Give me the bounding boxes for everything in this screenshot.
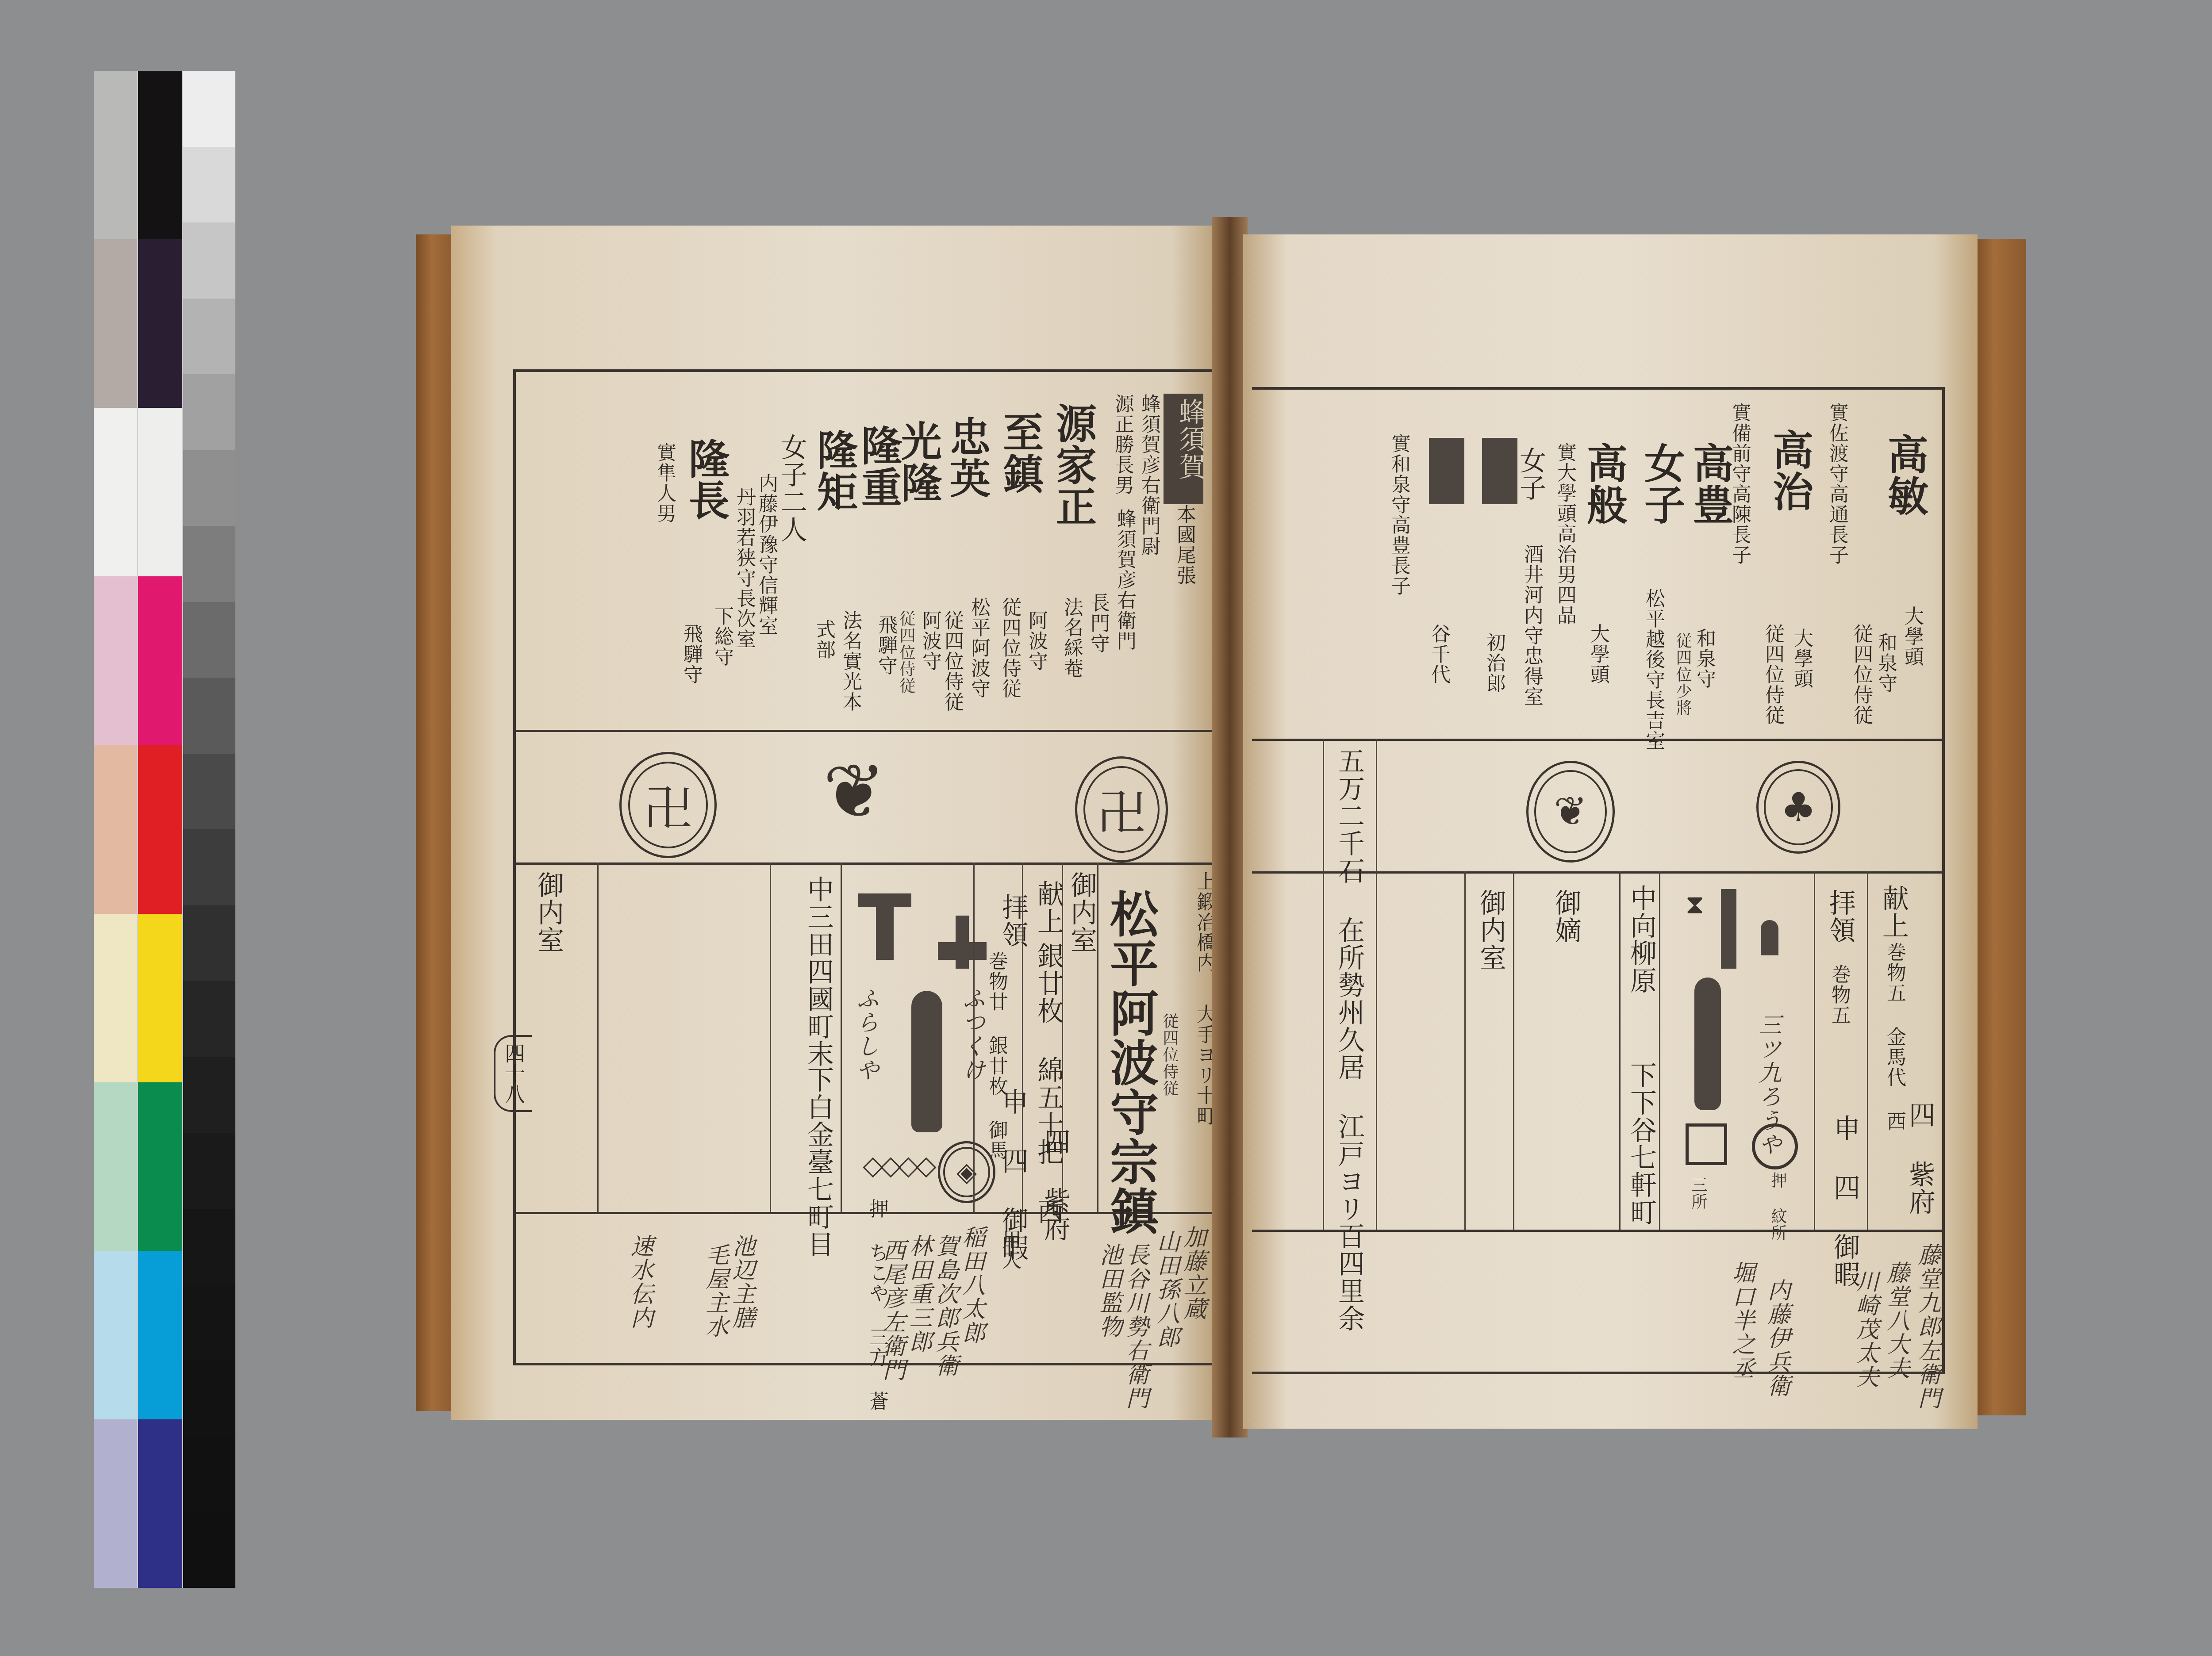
genealogy-sub: 大學頭 (1902, 606, 1922, 667)
genealogy-name: 高豊 (1690, 442, 1731, 525)
tribute-items: 巻物五 金馬代 西 (1885, 942, 1904, 1131)
lattice-icon: ◇◇◇◇ (863, 1150, 934, 1181)
erased-block (1429, 438, 1464, 504)
retainer: 速水伝内 (628, 1234, 651, 1330)
procession-label: ふらしや (854, 986, 877, 1082)
retainer: 長谷川勢右衛門 (1124, 1243, 1147, 1410)
rule (1323, 739, 1324, 1230)
clan-title-box: 蜂須賀 (1164, 394, 1203, 504)
color-swatch (183, 981, 235, 1057)
tribute-label: 献上 (1035, 880, 1062, 935)
retainer: 賀島次郎兵衛 (933, 1234, 956, 1377)
genealogy-name: 隆重 (858, 425, 899, 508)
rule (841, 862, 842, 1212)
color-swatch (138, 914, 182, 1082)
genealogy-title: 和泉守 (1876, 632, 1895, 694)
genealogy-name: 女子 (1517, 447, 1544, 502)
retainer: 西尾彦左衛門 (880, 1238, 903, 1382)
color-swatch (183, 1512, 235, 1588)
genealogy-note: 松平越後守長吉室 (1644, 588, 1663, 751)
color-swatch (183, 450, 235, 526)
genealogy-title: 松平阿波守 (969, 597, 988, 699)
color-swatch (138, 408, 182, 576)
square-seal-icon (1686, 1123, 1727, 1165)
chart-tint-column (94, 71, 137, 1588)
color-swatch (138, 1082, 182, 1251)
color-swatch (94, 71, 137, 239)
retainer: 藤堂八大夫 (1885, 1261, 1908, 1380)
genealogy-rank: 従四位侍従 (1851, 624, 1871, 725)
genealogy-note: 源正勝長男 (1113, 394, 1132, 495)
color-swatch (183, 1133, 235, 1209)
color-swatch (138, 1251, 182, 1419)
color-swatch (94, 914, 137, 1082)
genealogy-title: 下総守 (712, 606, 732, 667)
genealogy-name: 女子二人 (779, 433, 805, 543)
tassel-icon (911, 991, 942, 1132)
right-page-edges (1973, 239, 2026, 1415)
retainer: 藤堂九郎左衛門 (1916, 1243, 1939, 1410)
genealogy-name: 隆矩 (814, 429, 855, 512)
color-swatch (138, 745, 182, 913)
genealogy-title: 阿波守 (920, 610, 940, 671)
color-swatch (94, 408, 137, 576)
rule (1464, 871, 1466, 1230)
right-page: 高敏 大學頭 和泉守 従四位侍従 實佐渡守高通長子 高治 大學頭 従四位侍従 實… (1243, 234, 1978, 1429)
genealogy-name: 實隼人男 (655, 442, 674, 524)
left-page: 四十八 蜂須賀 本國尾張 蜂須賀彦右衛門尉 源正勝長男 蜂須賀彦右衛門 源家正 … (451, 226, 1217, 1420)
lower-mansion: 下白金臺七町目 (805, 1066, 832, 1258)
retainers-header: 用人 (1000, 1230, 1019, 1270)
divider (513, 862, 1217, 865)
color-swatch (183, 299, 235, 375)
genealogy-sub: 式部 (814, 619, 833, 660)
wife-label: 御内室 (535, 871, 562, 954)
genealogy-name: 光隆 (898, 420, 939, 503)
hourglass-icon: ⧗ (1686, 889, 1704, 920)
middle-mansion: 中三田四國町末 (805, 876, 832, 1068)
divider (1252, 739, 1942, 741)
genealogy-name: 谷千代 (1429, 624, 1448, 685)
diamond-crest-icon: ◈ (938, 1141, 995, 1203)
retainer: 池田監物 (1097, 1243, 1120, 1338)
color-swatch (183, 1284, 235, 1361)
left-page-edges (416, 234, 456, 1411)
manji-crest-icon: 卍 (619, 752, 717, 858)
rule (1022, 862, 1023, 1212)
genealogy-sub: 飛騨守 (681, 624, 701, 685)
rule (1659, 871, 1660, 1230)
open-book: 四十八 蜂須賀 本國尾張 蜂須賀彦右衛門尉 源正勝長男 蜂須賀彦右衛門 源家正 … (416, 208, 2115, 1464)
genealogy-hougou: 法名實光本 (841, 610, 860, 712)
paulownia-crest-icon: ❦ (823, 754, 886, 829)
rule (770, 862, 771, 1212)
color-swatch (94, 745, 137, 913)
genealogy-name: 初治郎 (1484, 632, 1504, 694)
genealogy-title: 飛騨守 (876, 615, 895, 676)
genealogy-note: 内藤伊豫守信輝室 (757, 473, 776, 636)
bestowed-label: 拝領 (1827, 889, 1854, 944)
divider (513, 730, 1217, 732)
spear-icon (858, 893, 911, 907)
genealogy-sub: 大學頭 (1792, 628, 1811, 689)
rule (597, 862, 599, 1212)
tribute-extra: 四 紫府 (1907, 1101, 1933, 1215)
genealogy-name: 源家正 (1053, 402, 1094, 527)
genealogy-name: 至鎮 (1000, 411, 1041, 494)
color-swatch (138, 239, 182, 408)
genealogy-note: 酒井河内守忠得室 (1522, 544, 1541, 707)
paulownia-crest-icon: ❦ (1526, 761, 1615, 862)
genealogy-hougou: 法名綵菴 (1062, 597, 1081, 678)
genealogy-name: 高治 (1770, 429, 1810, 512)
genealogy-name: 高般 (1584, 442, 1624, 525)
genealogy-title: 阿波守 (1026, 610, 1046, 671)
genealogy-name: 女子 (1641, 442, 1682, 525)
rule (1097, 862, 1098, 1212)
lord-residence: 上鍛冶橋内 (1194, 871, 1214, 973)
rule (1867, 871, 1868, 1230)
color-swatch (183, 1209, 235, 1285)
manji-crest-icon: 卍 (1075, 756, 1168, 862)
circle-seal-icon (1752, 1123, 1798, 1169)
color-swatch (94, 1419, 137, 1588)
erased-block (1482, 438, 1517, 504)
bestowed-items: 巻物五 (1829, 964, 1849, 1025)
genealogy-rank: 従四位侍従 (898, 610, 914, 694)
retainer: 山田孫八郎 (1155, 1230, 1178, 1349)
genealogy-rank: 従四位少將 (1674, 632, 1690, 717)
color-swatch (183, 222, 235, 299)
middle-mansion: 中向柳原 (1628, 885, 1655, 994)
rule (973, 862, 975, 1212)
retainer: 林田重三郎 (907, 1234, 930, 1353)
retainer: 稲田八太郎 (960, 1225, 983, 1345)
genealogy-name: 忠英 (947, 416, 987, 499)
genealogy-rank: 従四位侍従 (1000, 597, 1019, 699)
genealogy-title: 長門守 (1088, 593, 1108, 654)
tassel-icon (1694, 977, 1721, 1110)
color-swatch (183, 1361, 235, 1437)
color-swatch (183, 678, 235, 754)
color-swatch (183, 374, 235, 450)
genealogy-note: 蜂須賀彦右衛門 (1115, 509, 1134, 651)
genealogy-note: 實佐渡守高通長子 (1827, 402, 1847, 565)
fief-info: 五万二千石 在所勢州久居 江戸ヨリ百四里余 (1336, 747, 1363, 1332)
genealogy-note: 實和泉守高豊長子 (1389, 433, 1409, 596)
color-swatch (183, 602, 235, 678)
clan-home-province: 本國尾張 (1175, 504, 1194, 586)
rule (1062, 862, 1063, 1212)
retainer: 加藤立蔵 (1181, 1225, 1204, 1321)
tribute-extra: 四 紫府 (1042, 1128, 1068, 1242)
bestowed-extra: 申 四 御暇 (1832, 1115, 1858, 1288)
genealogy-title: 和泉守 (1694, 628, 1714, 689)
genealogy-rank: 従四位侍従 (1763, 624, 1782, 725)
color-swatch (138, 71, 182, 239)
seal-text: 三所 (1690, 1177, 1706, 1210)
wife-label: 御内室 (1478, 889, 1504, 971)
genealogy-entry: 蜂須賀彦右衛門尉 (1139, 394, 1159, 556)
seal-text: 押 紋所 (1770, 1172, 1786, 1242)
genealogy-name: 高敏 (1885, 433, 1925, 517)
genealogy-note: 實大學頭高治男四品 (1555, 442, 1575, 625)
color-swatch (183, 754, 235, 830)
retainer: 毛屋主水 (703, 1243, 726, 1338)
rule (1376, 739, 1377, 1230)
lord-rank: 従四位侍従 (1161, 1013, 1177, 1097)
spear-icon (1761, 920, 1778, 955)
tribute-label: 献上 (1880, 885, 1907, 939)
rule (1619, 871, 1621, 1230)
color-swatch (183, 829, 235, 905)
spear-icon (1721, 889, 1736, 969)
page-number: 四十八 (494, 1035, 532, 1112)
color-swatch (183, 526, 235, 602)
color-swatch (183, 905, 235, 981)
rule (1513, 871, 1514, 1230)
genealogy-note: 丹羽若狭守長次室 (734, 487, 754, 649)
color-swatch (183, 1057, 235, 1133)
color-calibration-chart (94, 71, 235, 1588)
color-swatch (138, 1419, 182, 1588)
color-swatch (183, 1436, 235, 1512)
color-swatch (94, 239, 137, 408)
lower-mansion: 下下谷七軒町 (1628, 1062, 1655, 1226)
heir-label: 御嫡 (1553, 889, 1579, 944)
color-swatch (94, 1251, 137, 1419)
wife-label: 御内室 (1068, 871, 1095, 954)
chart-saturated-column (138, 71, 182, 1588)
spear-icon (938, 942, 987, 960)
retainer: 川崎茂太夫 (1854, 1269, 1877, 1389)
procession-label: ふつくけ (960, 986, 983, 1082)
chart-grey-scale (183, 71, 235, 1588)
rule (1814, 871, 1815, 1230)
book-gutter (1212, 217, 1248, 1437)
retainer: 内藤伊兵衛 (1765, 1278, 1788, 1398)
lord-name: 松平阿波守宗鎮 (1106, 889, 1155, 1236)
genealogy-name: 隆長 (686, 438, 726, 521)
genealogy-sub: 大學頭 (1588, 624, 1608, 685)
color-swatch (183, 147, 235, 223)
color-swatch (94, 1082, 137, 1251)
color-swatch (138, 576, 182, 745)
retainer: 堀口半之丞 (1730, 1261, 1753, 1380)
color-swatch (183, 71, 235, 147)
color-swatch (94, 576, 137, 745)
trefoil-crest-icon: ♣ (1756, 761, 1840, 854)
lord-distance: 大手ヨリ十町 (1194, 1004, 1214, 1126)
genealogy-rank: 従四位侍従 (942, 610, 962, 712)
retainer: 池辺主膳 (730, 1234, 753, 1330)
